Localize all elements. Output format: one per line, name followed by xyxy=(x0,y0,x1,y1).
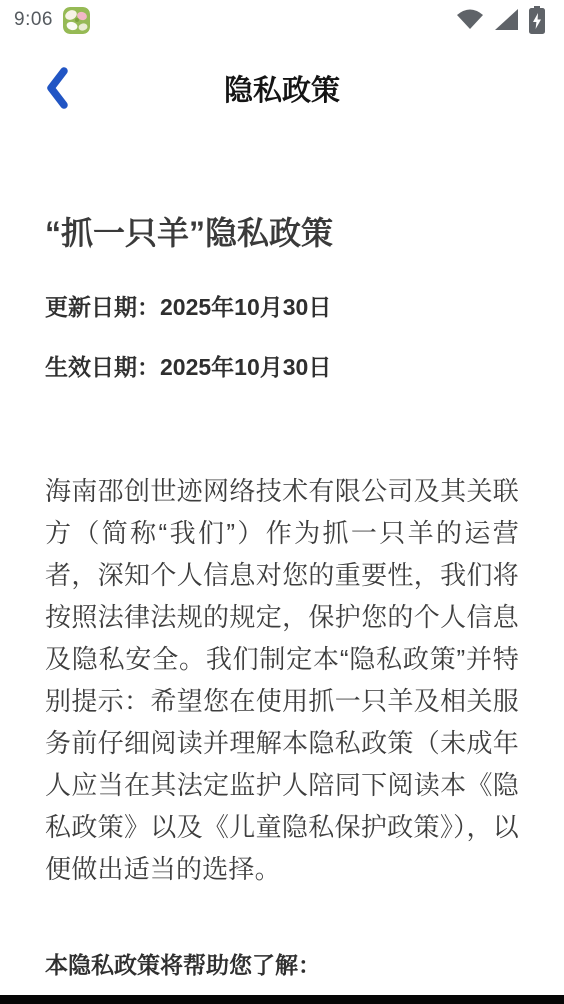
back-chevron-icon xyxy=(43,65,73,111)
status-bar: 9:06 xyxy=(0,0,564,40)
clock: 9:06 xyxy=(14,9,53,31)
policy-intro-paragraph: 海南邵创世迹网络技术有限公司及其关联方（简称“我们”）作为抓一只羊的运营者，深知… xyxy=(45,470,519,890)
status-icons xyxy=(454,5,546,35)
privacy-policy-screen: 9:06 xyxy=(0,0,564,1004)
battery-charging-icon xyxy=(528,5,546,35)
wifi-icon xyxy=(454,7,486,33)
cell-signal-icon xyxy=(493,7,521,33)
sheep-game-app-icon xyxy=(63,7,90,34)
bottom-edge-bar xyxy=(0,995,564,1004)
back-button[interactable] xyxy=(36,62,80,114)
effective-date: 生效日期：2025年10月30日 xyxy=(45,352,519,382)
policy-doc-title: “抓一只羊”隐私政策 xyxy=(45,210,519,256)
page-title: 隐私政策 xyxy=(0,68,564,109)
policy-content[interactable]: “抓一只羊”隐私政策 更新日期：2025年10月30日 生效日期：2025年10… xyxy=(0,210,564,980)
page-header: 隐私政策 xyxy=(0,48,564,128)
updated-date: 更新日期：2025年10月30日 xyxy=(45,292,519,322)
policy-section-lead: 本隐私政策将帮助您了解： xyxy=(45,950,519,980)
